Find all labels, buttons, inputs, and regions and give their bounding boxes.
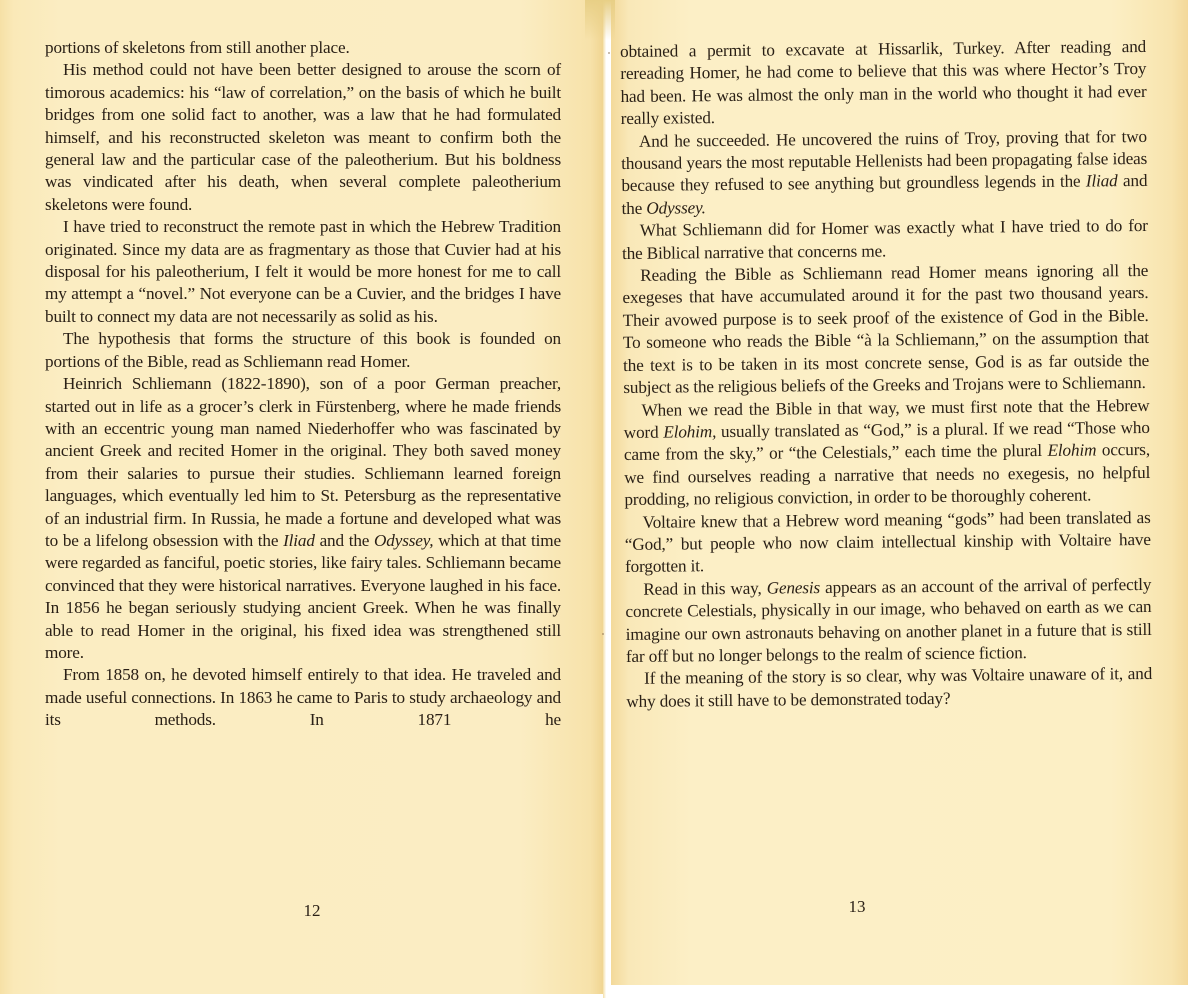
paragraph: I have tried to reconstruct the remote p… [45, 216, 561, 328]
paragraph: And he succeeded. He uncovered the ruins… [621, 126, 1148, 221]
paragraph: What Schliemann did for Homer was exactl… [622, 215, 1148, 265]
italic-title: Elohim [1047, 441, 1096, 460]
paragraph: From 1858 on, he devoted himself entirel… [45, 664, 561, 731]
italic-title: Odyssey. [646, 198, 706, 218]
left-page: portions of skeletons from still another… [0, 0, 603, 994]
paper-speck [608, 52, 610, 54]
paragraph: The hypothesis that forms the structure … [45, 328, 561, 373]
italic-title: Odyssey, [374, 531, 433, 550]
italic-title: Iliad [1086, 172, 1118, 191]
paragraph: portions of skeletons from still another… [45, 37, 561, 59]
paragraph: Read in this way, Genesis appears as an … [625, 574, 1152, 669]
italic-title: Genesis [767, 578, 821, 598]
paragraph: If the meaning of the story is so clear,… [626, 663, 1152, 713]
page-number-left: 12 [282, 901, 342, 921]
book-gutter [603, 0, 611, 998]
right-page-body: obtained a permit to excavate at Hissarl… [620, 36, 1152, 713]
paragraph: obtained a permit to excavate at Hissarl… [620, 36, 1147, 131]
page-number-right: 13 [827, 897, 887, 917]
italic-title: Elohim, [663, 422, 716, 442]
paragraph: Heinrich Schliemann (1822-1890), son of … [45, 373, 561, 664]
paragraph: Voltaire knew that a Hebrew word meaning… [625, 506, 1152, 578]
paragraph: His method could not have been better de… [45, 59, 561, 216]
paragraph: When we read the Bible in that way, we m… [623, 394, 1150, 511]
left-page-body: portions of skeletons from still another… [45, 37, 561, 732]
page-fold-shadow [585, 0, 615, 40]
book-spread: portions of skeletons from still another… [0, 0, 1200, 998]
paper-speck [602, 633, 604, 635]
italic-title: Iliad [283, 531, 315, 550]
paragraph: Reading the Bible as Schliemann read Hom… [622, 260, 1149, 399]
